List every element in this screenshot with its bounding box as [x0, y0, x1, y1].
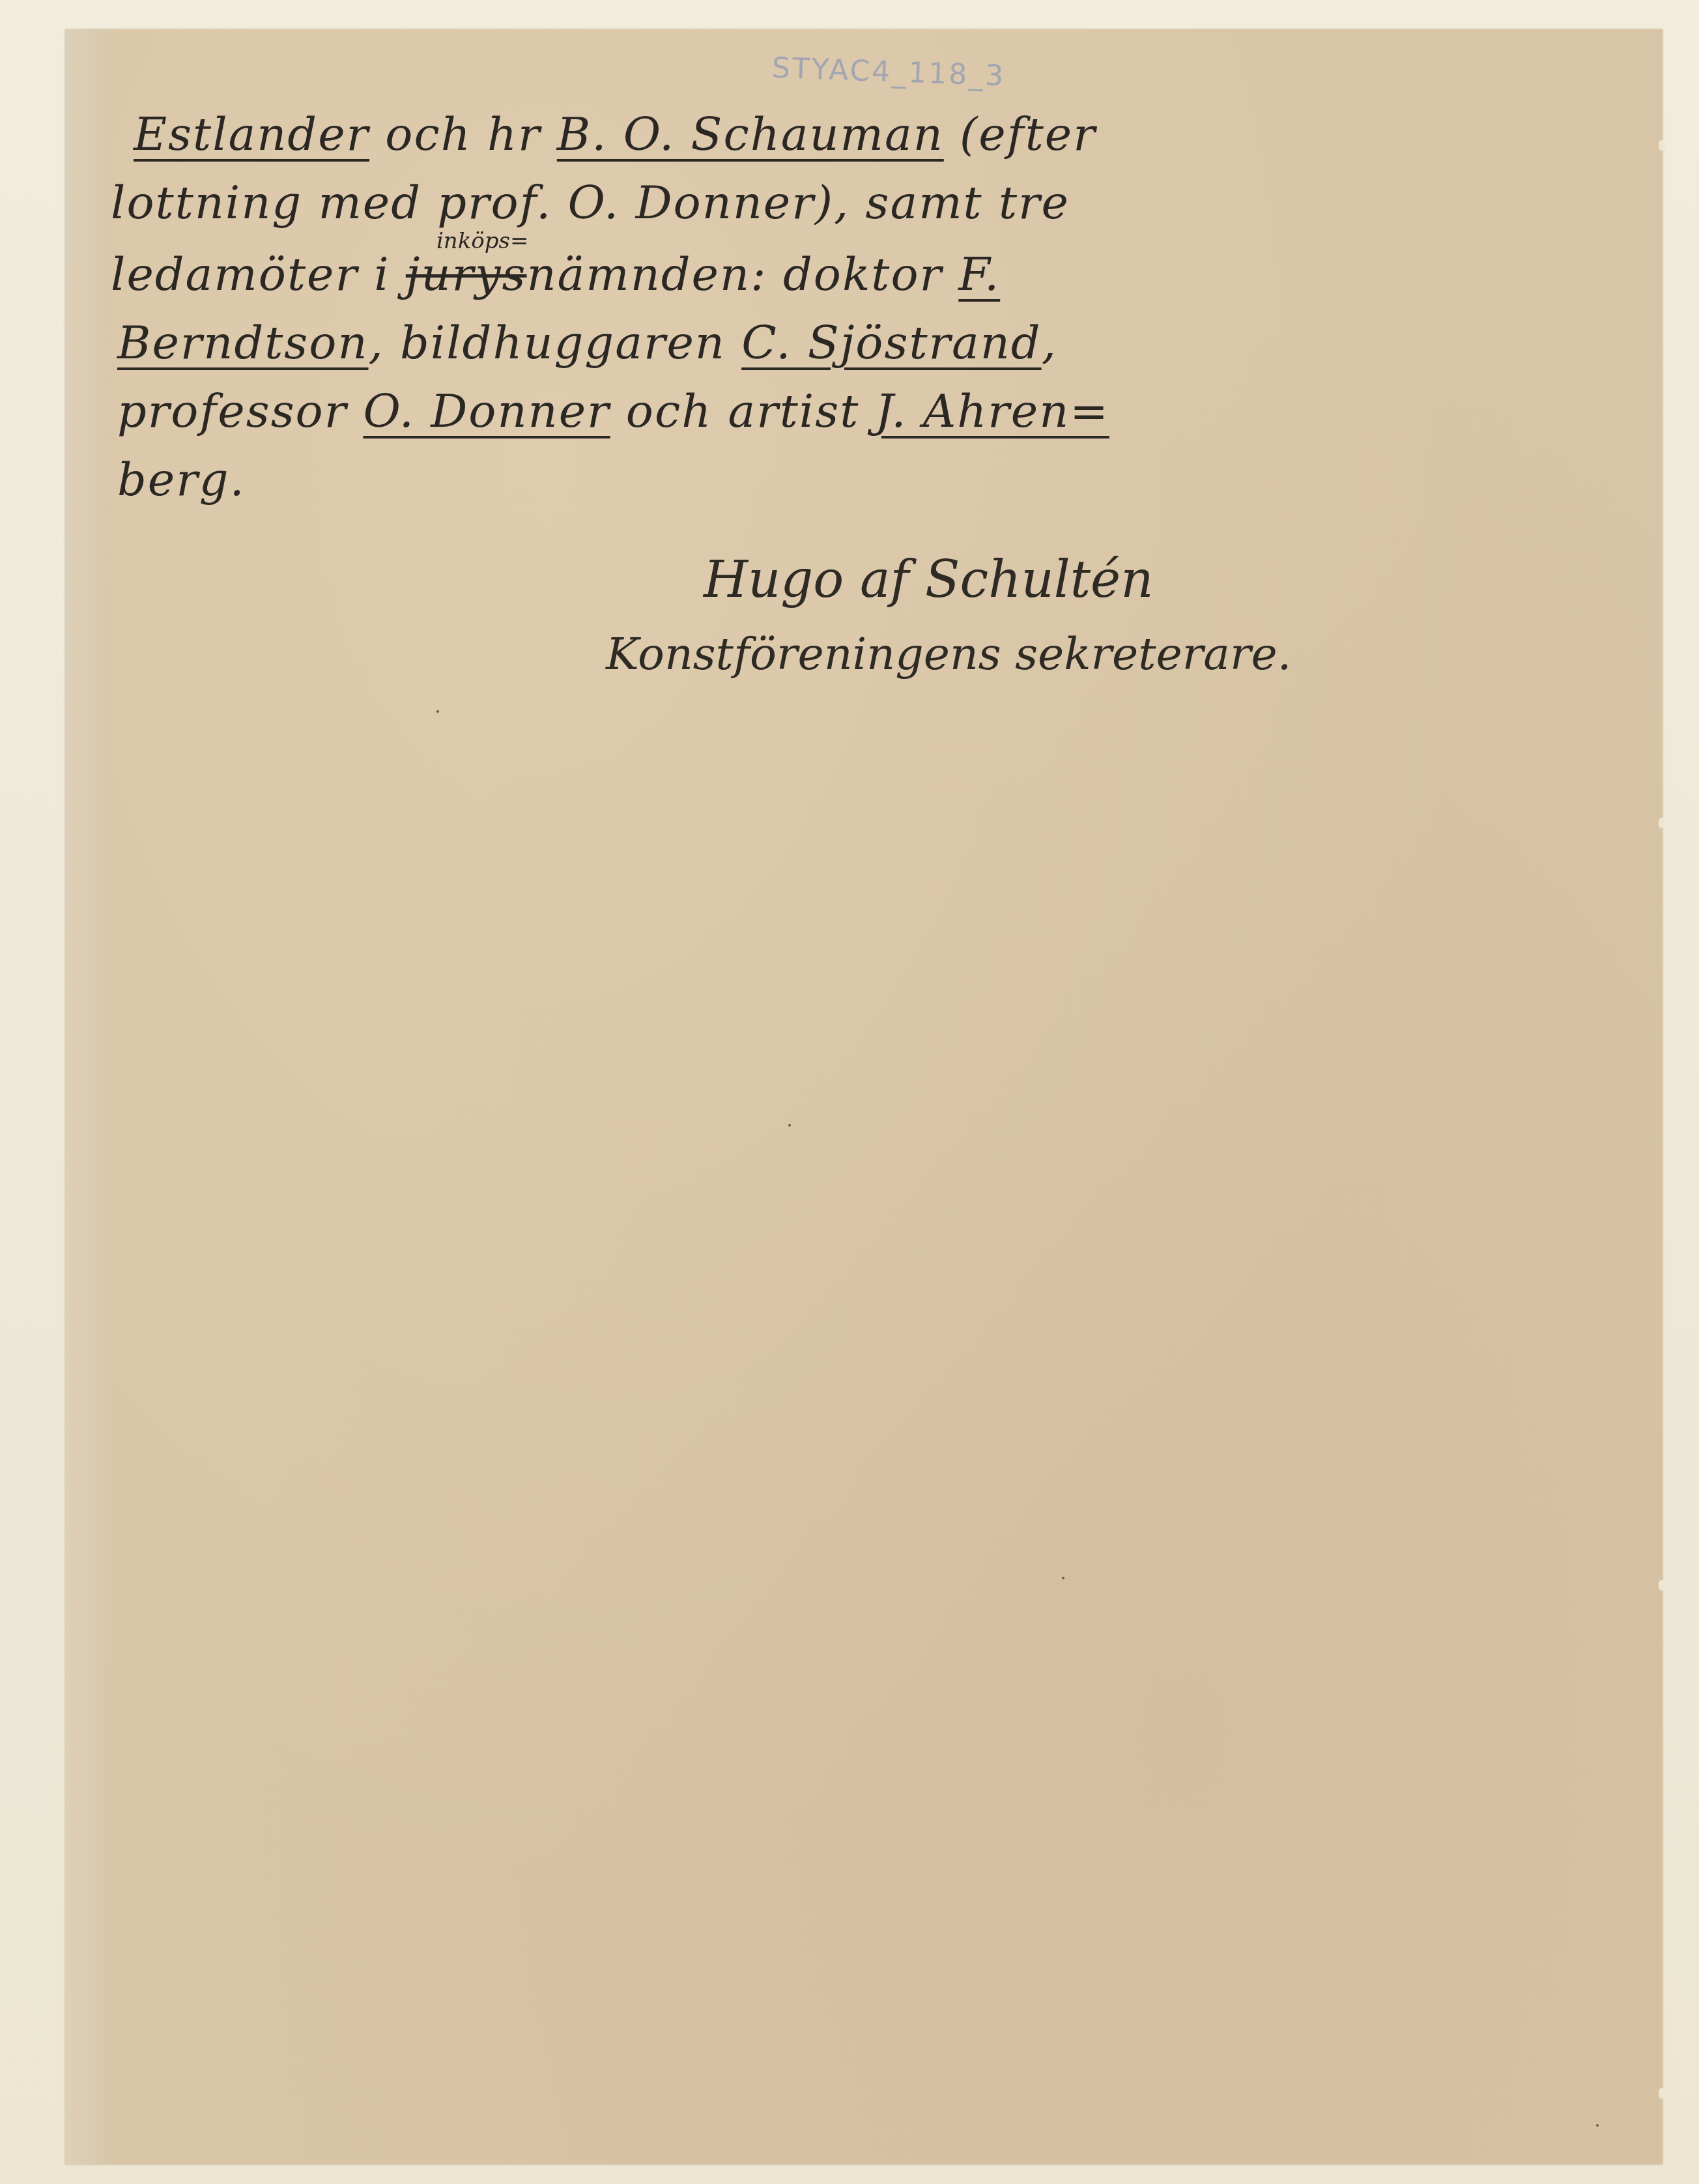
- name-sjostrand: C. Sjöstrand: [741, 316, 1042, 369]
- body-line-2: lottning med prof. O. Donner), samt tre: [111, 176, 1070, 229]
- body-line-6: berg.: [117, 453, 246, 506]
- edge-tear: [1659, 818, 1665, 828]
- text-segment: (efter: [944, 108, 1096, 161]
- body-line-1: Estlander och hr B. O. Schauman (efter: [134, 108, 1096, 161]
- text-segment: lottning med prof. O. Donner), samt tre: [111, 176, 1070, 229]
- manuscript-page: STYAC4_118_3 Estlander och hr B. O. Scha…: [65, 29, 1663, 2164]
- name-donner: O. Donner: [363, 384, 610, 438]
- body-line-4: Berndtson, bildhuggaren C. Sjöstrand,: [117, 316, 1057, 369]
- text-segment: ledamöter i: [111, 248, 406, 301]
- text-segment: berg.: [117, 453, 246, 506]
- paper-speck: [436, 710, 439, 713]
- initial-f: F.: [958, 248, 1000, 301]
- name-ahrenberg: J. Ahren=: [876, 384, 1109, 438]
- edge-tear: [1659, 2088, 1665, 2099]
- name-estlander: Estlander: [134, 108, 369, 161]
- paper-speck: [788, 1124, 791, 1127]
- body-line-5: professor O. Donner och artist J. Ahren=: [117, 384, 1109, 438]
- body-line-3: ledamöter i jurysnämnden: doktor F.: [111, 248, 1000, 301]
- text-segment: professor: [117, 384, 363, 438]
- paper-speck: [1062, 1577, 1064, 1579]
- text-segment: , bildhuggaren: [369, 316, 742, 369]
- signature-title: Konstföreningens sekreterare.: [606, 629, 1291, 680]
- paper-speck: [1596, 2124, 1599, 2127]
- text-segment: och artist: [610, 384, 876, 438]
- text-segment: nämnden: doktor: [527, 248, 959, 301]
- struck-word: jurys: [406, 248, 527, 301]
- name-berndtson: Berndtson: [117, 316, 369, 369]
- paper-hinge-strip: [65, 29, 117, 2164]
- edge-tear: [1659, 1580, 1665, 1590]
- name-schauman: B. O. Schauman: [557, 108, 944, 161]
- signature-name: Hugo af Schultén: [704, 551, 1153, 609]
- text-segment: och hr: [369, 108, 557, 161]
- edge-tear: [1659, 140, 1665, 151]
- text-segment: ,: [1042, 316, 1057, 369]
- archive-id-label: STYAC4_118_3: [771, 51, 1006, 93]
